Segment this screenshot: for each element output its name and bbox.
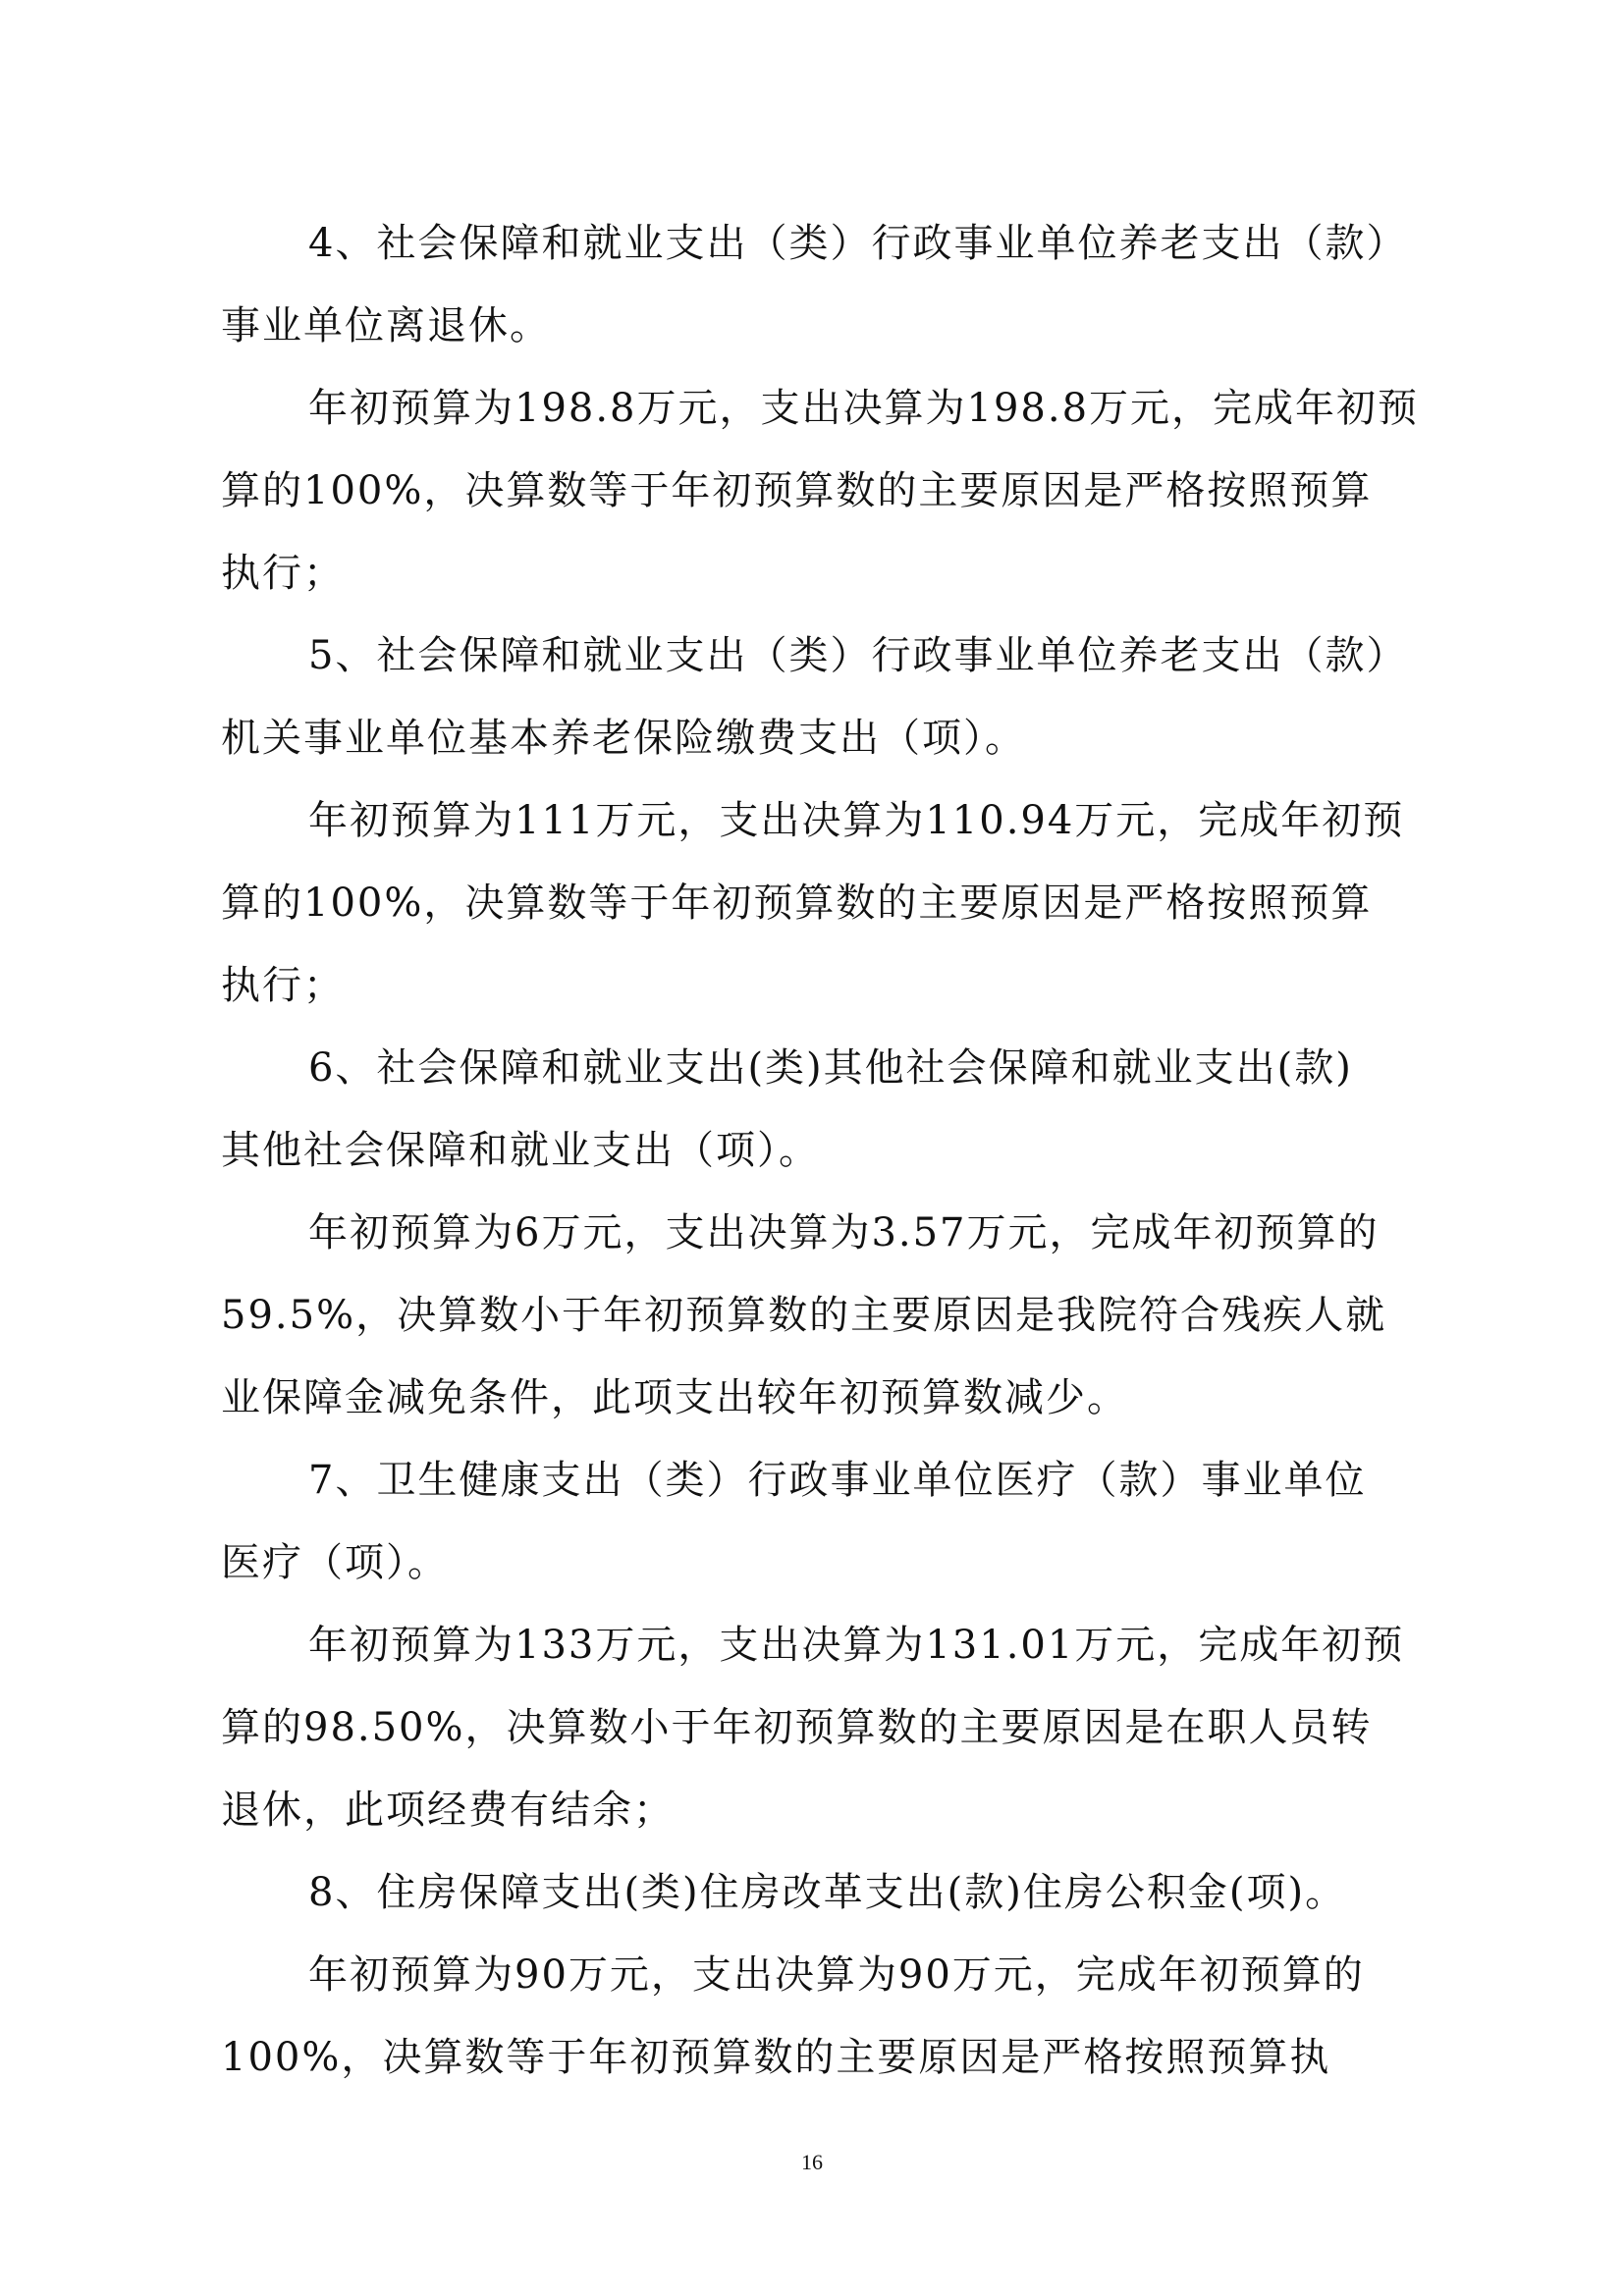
item-6-body-line-2: 59.5%，决算数小于年初预算数的主要原因是我院符合残疾人就 bbox=[221, 1274, 1419, 1357]
item-6-body-line-1: 年初预算为6万元，支出决算为3.57万元，完成年初预算的 bbox=[308, 1192, 1419, 1274]
item-8-body-line-1: 年初预算为90万元，支出决算为90万元，完成年初预算的 bbox=[308, 1934, 1419, 2016]
page-number: 16 bbox=[0, 2150, 1624, 2175]
item-8-body-line-2: 100%，决算数等于年初预算数的主要原因是严格按照预算执 bbox=[221, 2016, 1419, 2099]
item-5-body-line-3: 执行； bbox=[221, 944, 1419, 1027]
document-page: 4、社会保障和就业支出（类）行政事业单位养老支出（款） 事业单位离退休。 年初预… bbox=[0, 0, 1624, 2296]
item-7-body-line-2: 算的98.50%，决算数小于年初预算数的主要原因是在职人员转 bbox=[221, 1686, 1419, 1769]
item-4-body-line-1: 年初预算为198.8万元，支出决算为198.8万元，完成年初预 bbox=[308, 367, 1419, 450]
item-7-body-line-1: 年初预算为133万元，支出决算为131.01万元，完成年初预 bbox=[308, 1604, 1419, 1686]
item-7-body-line-3: 退休，此项经费有结余； bbox=[221, 1769, 1419, 1851]
item-4-heading-line-2: 事业单位离退休。 bbox=[221, 285, 1419, 367]
item-4-heading-line-1: 4、社会保障和就业支出（类）行政事业单位养老支出（款） bbox=[308, 202, 1419, 285]
item-5-heading-line-2: 机关事业单位基本养老保险缴费支出（项）。 bbox=[221, 697, 1419, 779]
item-6-heading-line-1: 6、社会保障和就业支出(类)其他社会保障和就业支出(款) bbox=[308, 1027, 1419, 1109]
item-5-heading-line-1: 5、社会保障和就业支出（类）行政事业单位养老支出（款） bbox=[308, 614, 1419, 697]
item-6-heading-line-2: 其他社会保障和就业支出（项）。 bbox=[221, 1109, 1419, 1192]
item-5-body-line-2: 算的100%，决算数等于年初预算数的主要原因是严格按照预算 bbox=[221, 862, 1419, 944]
item-4-body-line-2: 算的100%，决算数等于年初预算数的主要原因是严格按照预算 bbox=[221, 450, 1419, 532]
item-7-heading-line-2: 医疗（项）。 bbox=[221, 1522, 1419, 1604]
item-6-body-line-3: 业保障金减免条件，此项支出较年初预算数减少。 bbox=[221, 1357, 1419, 1439]
item-5-body-line-1: 年初预算为111万元，支出决算为110.94万元，完成年初预 bbox=[308, 779, 1419, 862]
item-4-body-line-3: 执行； bbox=[221, 532, 1419, 614]
item-8-heading-line-1: 8、住房保障支出(类)住房改革支出(款)住房公积金(项)。 bbox=[308, 1851, 1419, 1934]
item-7-heading-line-1: 7、卫生健康支出（类）行政事业单位医疗（款）事业单位 bbox=[308, 1439, 1419, 1522]
